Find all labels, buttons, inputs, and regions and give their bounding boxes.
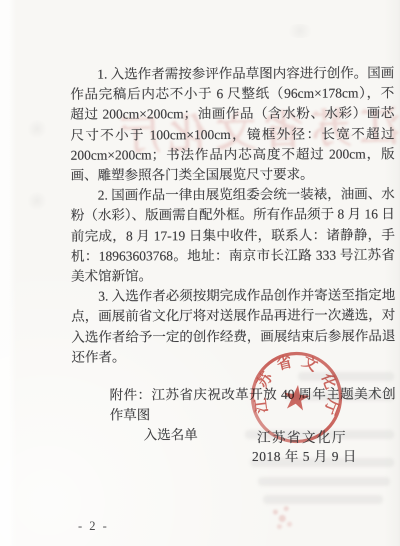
bleedthrough-red-mark [266,500,299,534]
issue-date: 2018 年 5 月 9 日 [252,445,357,465]
attachment-block: 附件：江苏省庆祝改革开放 40 周年主题美术创作草图 入选名单 [72,384,396,446]
bleedthrough-text-streak [258,477,390,486]
issuer-signature: 江苏省文化厅 [257,426,347,446]
page-number: - 2 - [78,519,109,534]
paragraph-2: 2. 国画作品一律由展览组委会统一装裱，油画、水粉（水彩）、版画需自配外框。所有… [71,185,395,287]
paragraph-1: 1. 入选作者需按参评作品草图内容进行创作。国画作品完稿后内芯不小于 6 尺整纸… [70,63,395,186]
scan-smudge [26,192,48,210]
scan-smudge [285,24,315,38]
seal-star-icon: ★ [279,379,314,419]
scan-smudge [26,120,48,138]
scanned-document-page: 江苏省文化厅 1. 入选作者需按参评作品草图内容进行创作。国画作品完稿后内芯不小… [0,0,400,546]
bleedthrough-text-streak [263,495,383,504]
document-body: 1. 入选作者需按参评作品草图内容进行创作。国画作品完稿后内芯不小于 6 尺整纸… [70,63,396,446]
